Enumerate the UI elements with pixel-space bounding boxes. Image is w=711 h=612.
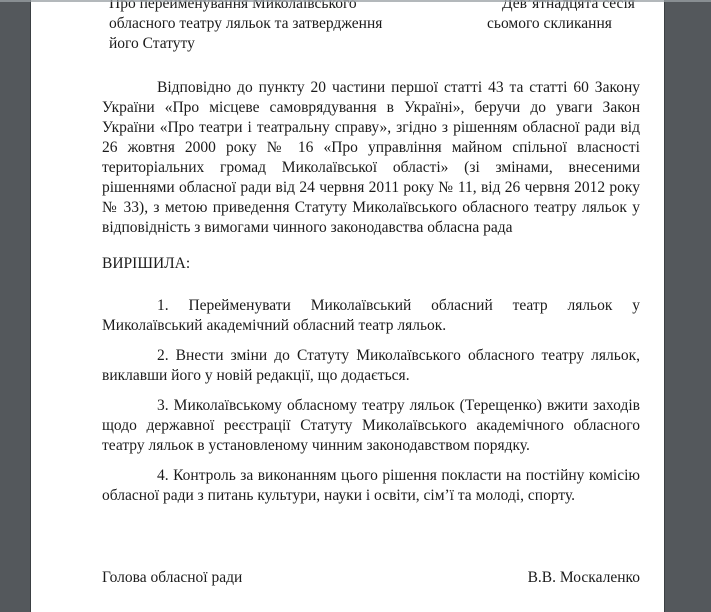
- decision-item-4-line: 4. Контроль за виконанням цього рішення …: [102, 466, 640, 486]
- decision-item-1-line: Миколаївський академічний обласний театр…: [102, 316, 640, 336]
- decision-item-3: 3. Миколаївському обласному театру ляльо…: [102, 396, 640, 456]
- decision-item-4: 4. Контроль за виконанням цього рішення …: [102, 466, 640, 506]
- preamble-line: № 33), з метою приведення Статуту Микола…: [102, 198, 640, 218]
- viewer-background: Про перейменування Миколаївського обласн…: [0, 0, 711, 612]
- signature-row: Голова обласної ради В.В. Москаленко: [102, 568, 640, 588]
- preamble-line: 26 жовтня 2000 року № 16 «Про управління…: [102, 138, 640, 158]
- preamble-line: Відповідно до пункту 20 частини першої с…: [102, 78, 640, 98]
- decision-item-1-line: 1. Перейменувати Миколаївський обласний …: [102, 296, 640, 316]
- decision-item-1: 1. Перейменувати Миколаївський обласний …: [102, 296, 640, 336]
- document-content: Про перейменування Миколаївського обласн…: [102, 0, 640, 588]
- document-page: Про перейменування Миколаївського обласн…: [31, 0, 664, 612]
- preamble-line: територіальних громад Миколаївської обла…: [102, 158, 640, 178]
- decision-item-3-line: 3. Миколаївському обласному театру ляльо…: [102, 396, 640, 416]
- decision-item-2-line: виклавши його у новій редакції, що додає…: [102, 366, 640, 386]
- document-title-line: обласного театру ляльок та затвердження: [109, 14, 444, 34]
- preamble-line: відповідність з вимогами чинного законод…: [102, 218, 640, 238]
- preamble-line: рішеннями обласної ради від 24 червня 20…: [102, 178, 640, 198]
- document-title: Про перейменування Миколаївського обласн…: [109, 0, 444, 54]
- decision-items: 1. Перейменувати Миколаївський обласний …: [102, 296, 640, 506]
- preamble-line: України «Про театри і театральну справу»…: [102, 118, 640, 138]
- resolved-heading: ВИРІШИЛА:: [102, 254, 640, 274]
- session-info: Дев’ятнадцята сесія сьомого скликання: [487, 0, 640, 54]
- decision-item-4-line: обласної ради з питань культури, науки і…: [102, 486, 640, 506]
- session-info-line: сьомого скликання: [487, 14, 640, 34]
- viewer-right-margin: [664, 0, 711, 612]
- decision-item-3-line: щодо державної реєстрації Статуту Микола…: [102, 416, 640, 436]
- document-title-line: його Статуту: [109, 34, 444, 54]
- preamble-paragraph: Відповідно до пункту 20 частини першої с…: [102, 78, 640, 238]
- signature-title: Голова обласної ради: [102, 568, 242, 588]
- session-info-line: Дев’ятнадцята сесія: [487, 0, 640, 14]
- viewer-left-margin: [0, 0, 31, 612]
- decision-item-3-line: театру ляльок в установленому чинним зак…: [102, 436, 640, 456]
- decision-item-2-line: 2. Внести зміни до Статуту Миколаївськог…: [102, 346, 640, 366]
- decision-item-2: 2. Внести зміни до Статуту Миколаївськог…: [102, 346, 640, 386]
- document-title-line: Про перейменування Миколаївського: [109, 0, 444, 14]
- preamble-line: України «Про місцеве самоврядування в Ук…: [102, 98, 640, 118]
- document-header: Про перейменування Миколаївського обласн…: [102, 0, 640, 54]
- signature-name: В.В. Москаленко: [528, 568, 640, 588]
